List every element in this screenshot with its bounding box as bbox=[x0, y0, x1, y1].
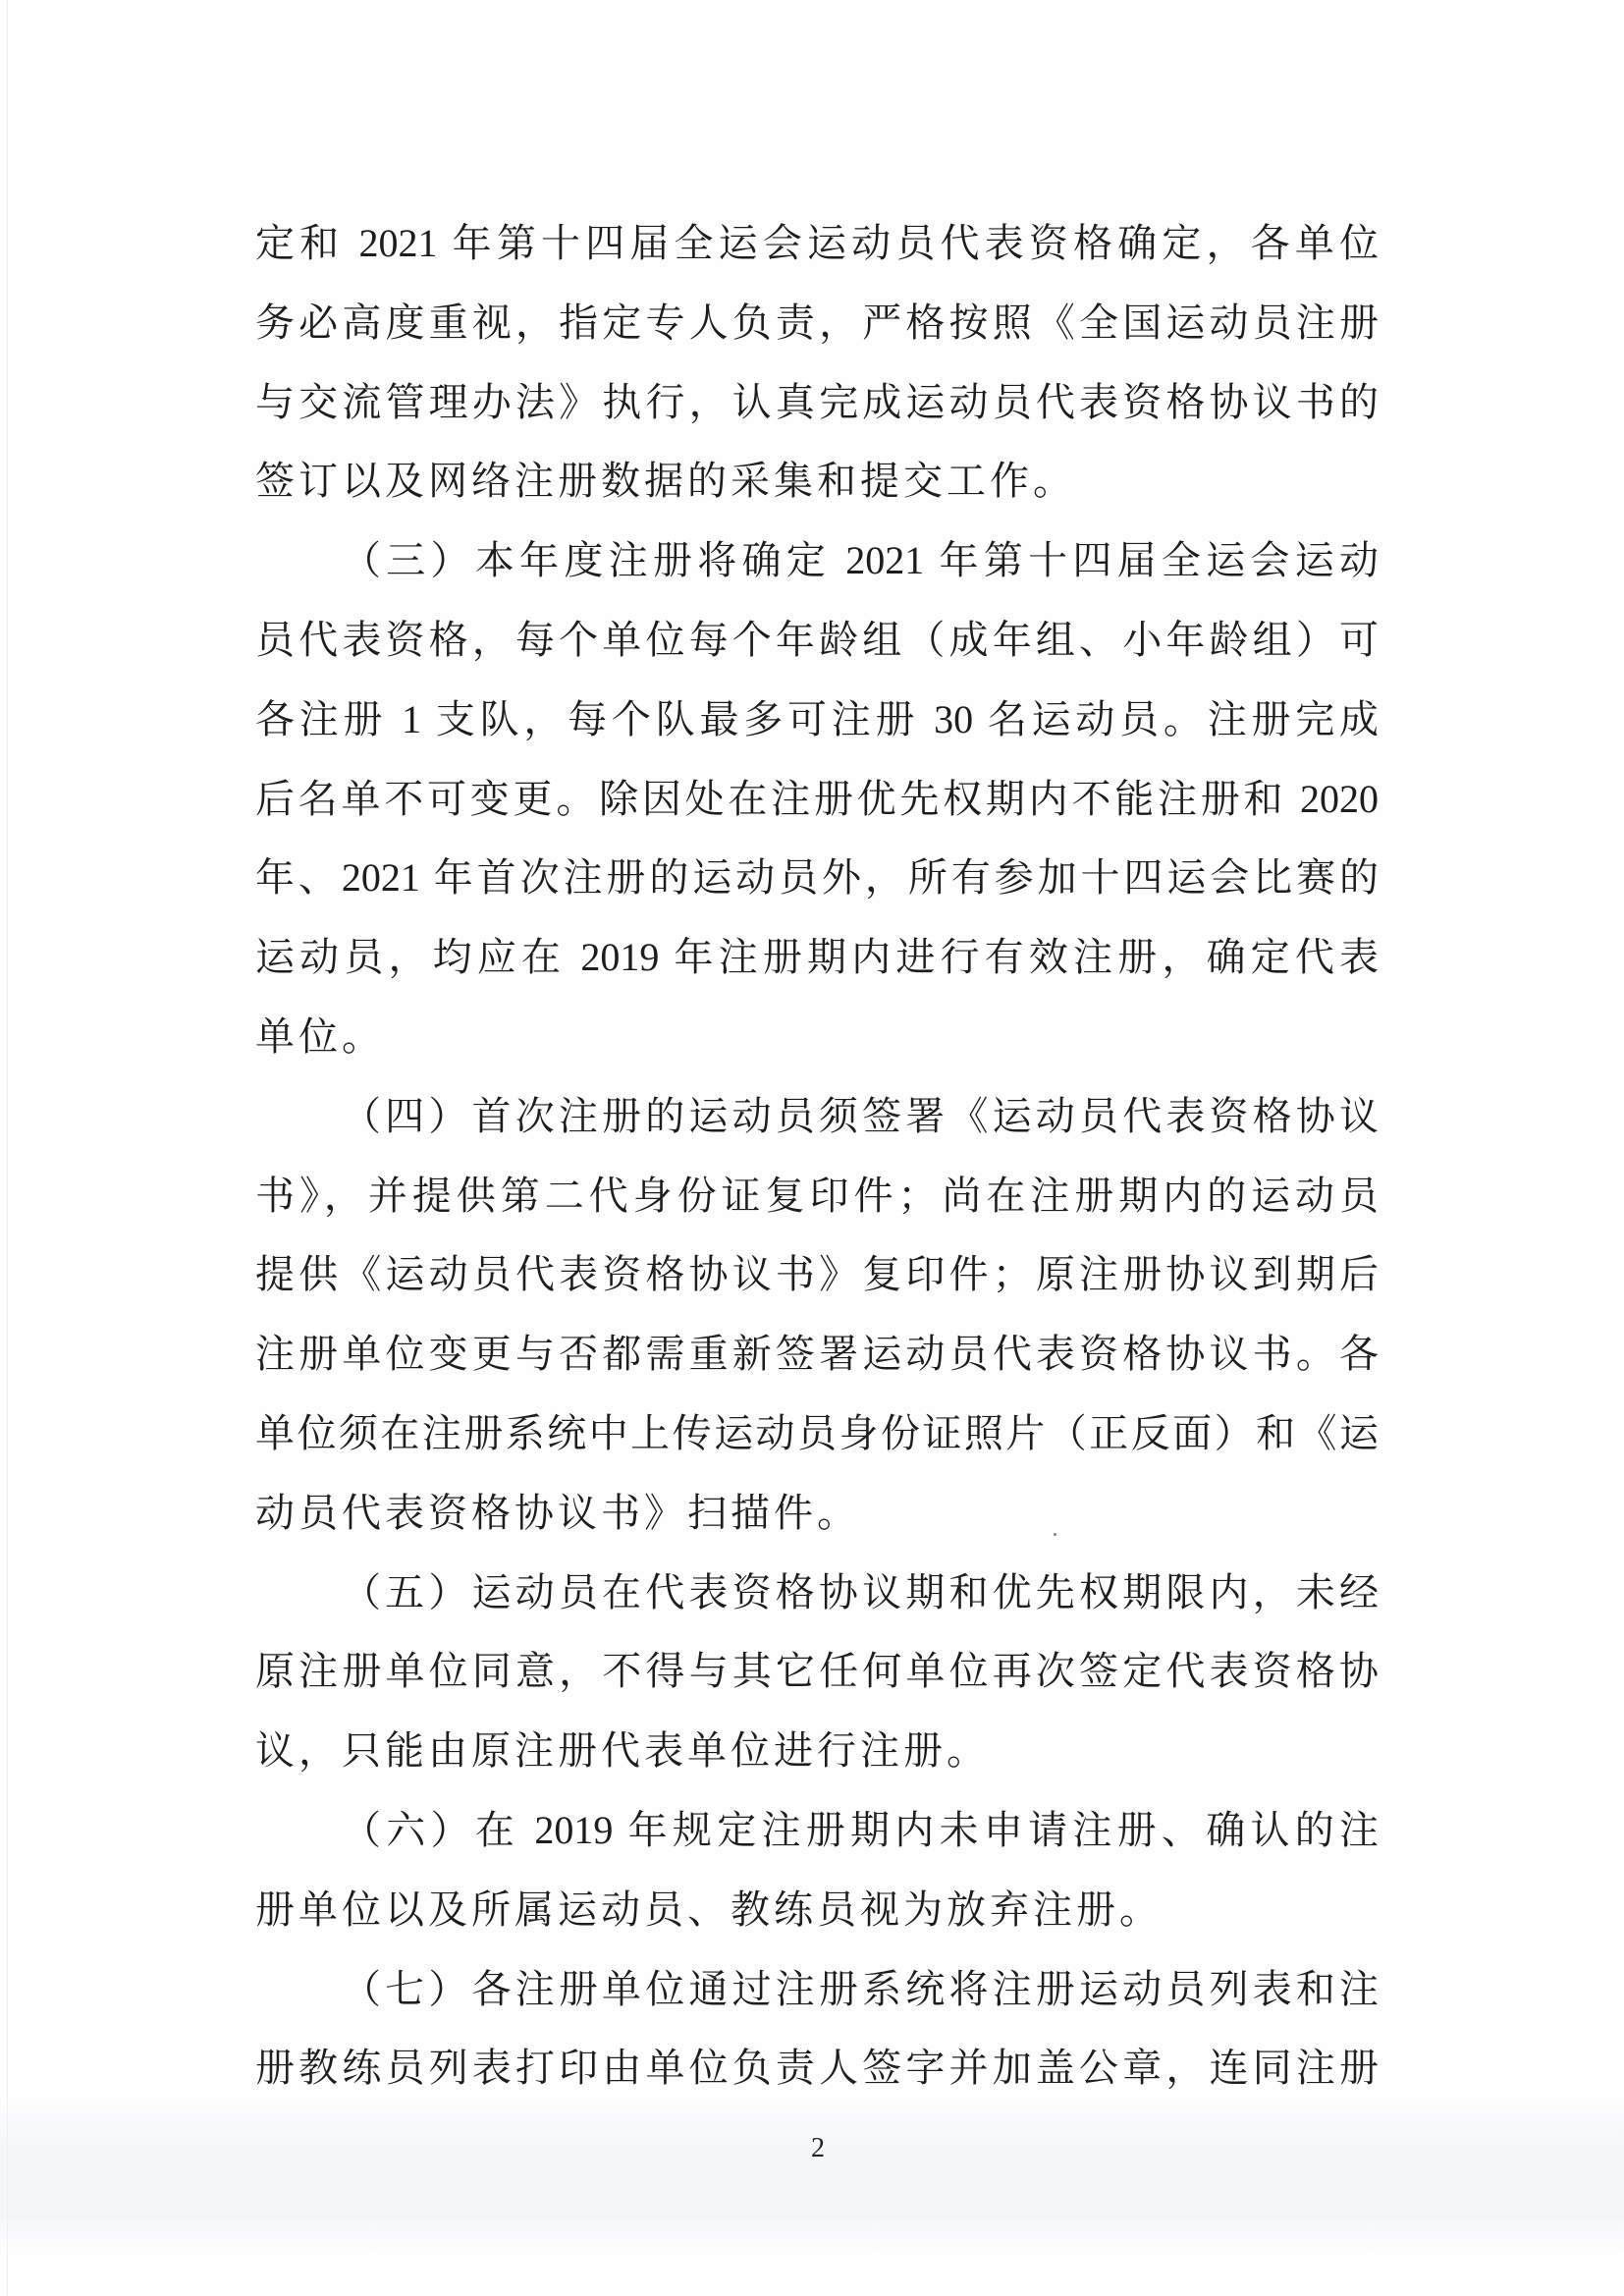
paragraph-item-4: （四）首次注册的运动员须签署《运动员代表资格协议 书》，并提供第二代身份证复印件… bbox=[255, 1077, 1379, 1554]
text-line: 签订以及网络注册数据的采集和提交工作。 bbox=[255, 442, 1379, 521]
paragraph-item-3: （三）本年度注册将确定 2021 年第十四届全运会运动 员代表资格，每个单位每个… bbox=[255, 521, 1379, 1077]
text-line: 册单位以及所属运动员、教练员视为放弃注册。 bbox=[255, 1871, 1379, 1950]
text-segment: 本年度注册将确定 2021 年第十四届全运会运动 bbox=[475, 538, 1379, 582]
text-line: （五）运动员在代表资格协议期和优先权期限内，未经 bbox=[255, 1554, 1379, 1633]
text-segment: 在 2019 年规定注册期内未申请注册、确认的注 bbox=[475, 1808, 1379, 1852]
text-line: 运动员，均应在 2019 年注册期内进行有效注册，确定代表 bbox=[255, 918, 1379, 998]
text-line: 册教练员列表打印由单位负责人签字并加盖公章，连同注册 bbox=[255, 2029, 1379, 2108]
page-number: 2 bbox=[798, 2135, 838, 2162]
item-marker: （五） bbox=[342, 1570, 472, 1614]
text-line: 单位。 bbox=[255, 998, 1379, 1077]
text-segment: 首次注册的运动员须签署《运动员代表资格协议 bbox=[472, 1094, 1379, 1138]
paragraph-item-5: （五）运动员在代表资格协议期和优先权期限内，未经 原注册单位同意，不得与其它任何… bbox=[255, 1554, 1379, 1791]
paragraph-item-6: （六）在 2019 年规定注册期内未申请注册、确认的注 册单位以及所属运动员、教… bbox=[255, 1791, 1379, 1950]
text-line: （六）在 2019 年规定注册期内未申请注册、确认的注 bbox=[255, 1791, 1379, 1871]
item-marker: （三） bbox=[342, 538, 475, 582]
text-line: 书》，并提供第二代身份证复印件；尚在注册期内的运动员 bbox=[255, 1157, 1379, 1236]
text-segment: 运动员在代表资格协议期和优先权期限内，未经 bbox=[472, 1570, 1379, 1614]
text-line: 务必高度重视，指定专人负责，严格按照《全国运动员注册 bbox=[255, 284, 1379, 363]
text-line: 单位须在注册系统中上传运动员身份证照片（正反面）和《运 bbox=[255, 1394, 1379, 1474]
text-line: 提供《运动员代表资格协议书》复印件；原注册协议到期后 bbox=[255, 1235, 1379, 1315]
scan-shading-artifact bbox=[0, 2097, 1624, 2254]
text-segment: 各注册单位通过注册系统将注册运动员列表和注 bbox=[472, 1967, 1379, 2011]
item-marker: （七） bbox=[342, 1967, 472, 2011]
paragraph-item-7: （七）各注册单位通过注册系统将注册运动员列表和注 册教练员列表打印由单位负责人签… bbox=[255, 1950, 1379, 2109]
text-line: 年、2021 年首次注册的运动员外，所有参加十四运会比赛的 bbox=[255, 839, 1379, 918]
paragraph-continuation: 定和 2021 年第十四届全运会运动员代表资格确定，各单位 务必高度重视，指定专… bbox=[255, 204, 1379, 521]
text-line: 议，只能由原注册代表单位进行注册。 bbox=[255, 1712, 1379, 1791]
text-line: 定和 2021 年第十四届全运会运动员代表资格确定，各单位 bbox=[255, 204, 1379, 284]
scan-edge-artifact bbox=[7, 0, 8, 2296]
item-marker: （六） bbox=[342, 1808, 475, 1852]
text-line: 原注册单位同意，不得与其它任何单位再次签定代表资格协 bbox=[255, 1632, 1379, 1712]
text-line: 与交流管理办法》执行，认真完成运动员代表资格协议书的 bbox=[255, 363, 1379, 443]
text-line: 动员代表资格协议书》扫描件。 bbox=[255, 1474, 1379, 1554]
text-line: 注册单位变更与否都需重新签署运动员代表资格协议书。各 bbox=[255, 1315, 1379, 1394]
body-text: 定和 2021 年第十四届全运会运动员代表资格确定，各单位 务必高度重视，指定专… bbox=[255, 204, 1379, 2108]
text-line: 后名单不可变更。除因处在注册优先权期内不能注册和 2020 bbox=[255, 760, 1379, 840]
text-line: （七）各注册单位通过注册系统将注册运动员列表和注 bbox=[255, 1950, 1379, 2030]
text-line: （三）本年度注册将确定 2021 年第十四届全运会运动 bbox=[255, 521, 1379, 601]
text-line: 各注册 1 支队，每个队最多可注册 30 名运动员。注册完成 bbox=[255, 681, 1379, 760]
text-line: 员代表资格，每个单位每个年龄组（成年组、小年龄组）可 bbox=[255, 601, 1379, 681]
item-marker: （四） bbox=[342, 1094, 472, 1138]
document-page: 定和 2021 年第十四届全运会运动员代表资格确定，各单位 务必高度重视，指定专… bbox=[0, 0, 1624, 2296]
text-line: （四）首次注册的运动员须签署《运动员代表资格协议 bbox=[255, 1077, 1379, 1157]
